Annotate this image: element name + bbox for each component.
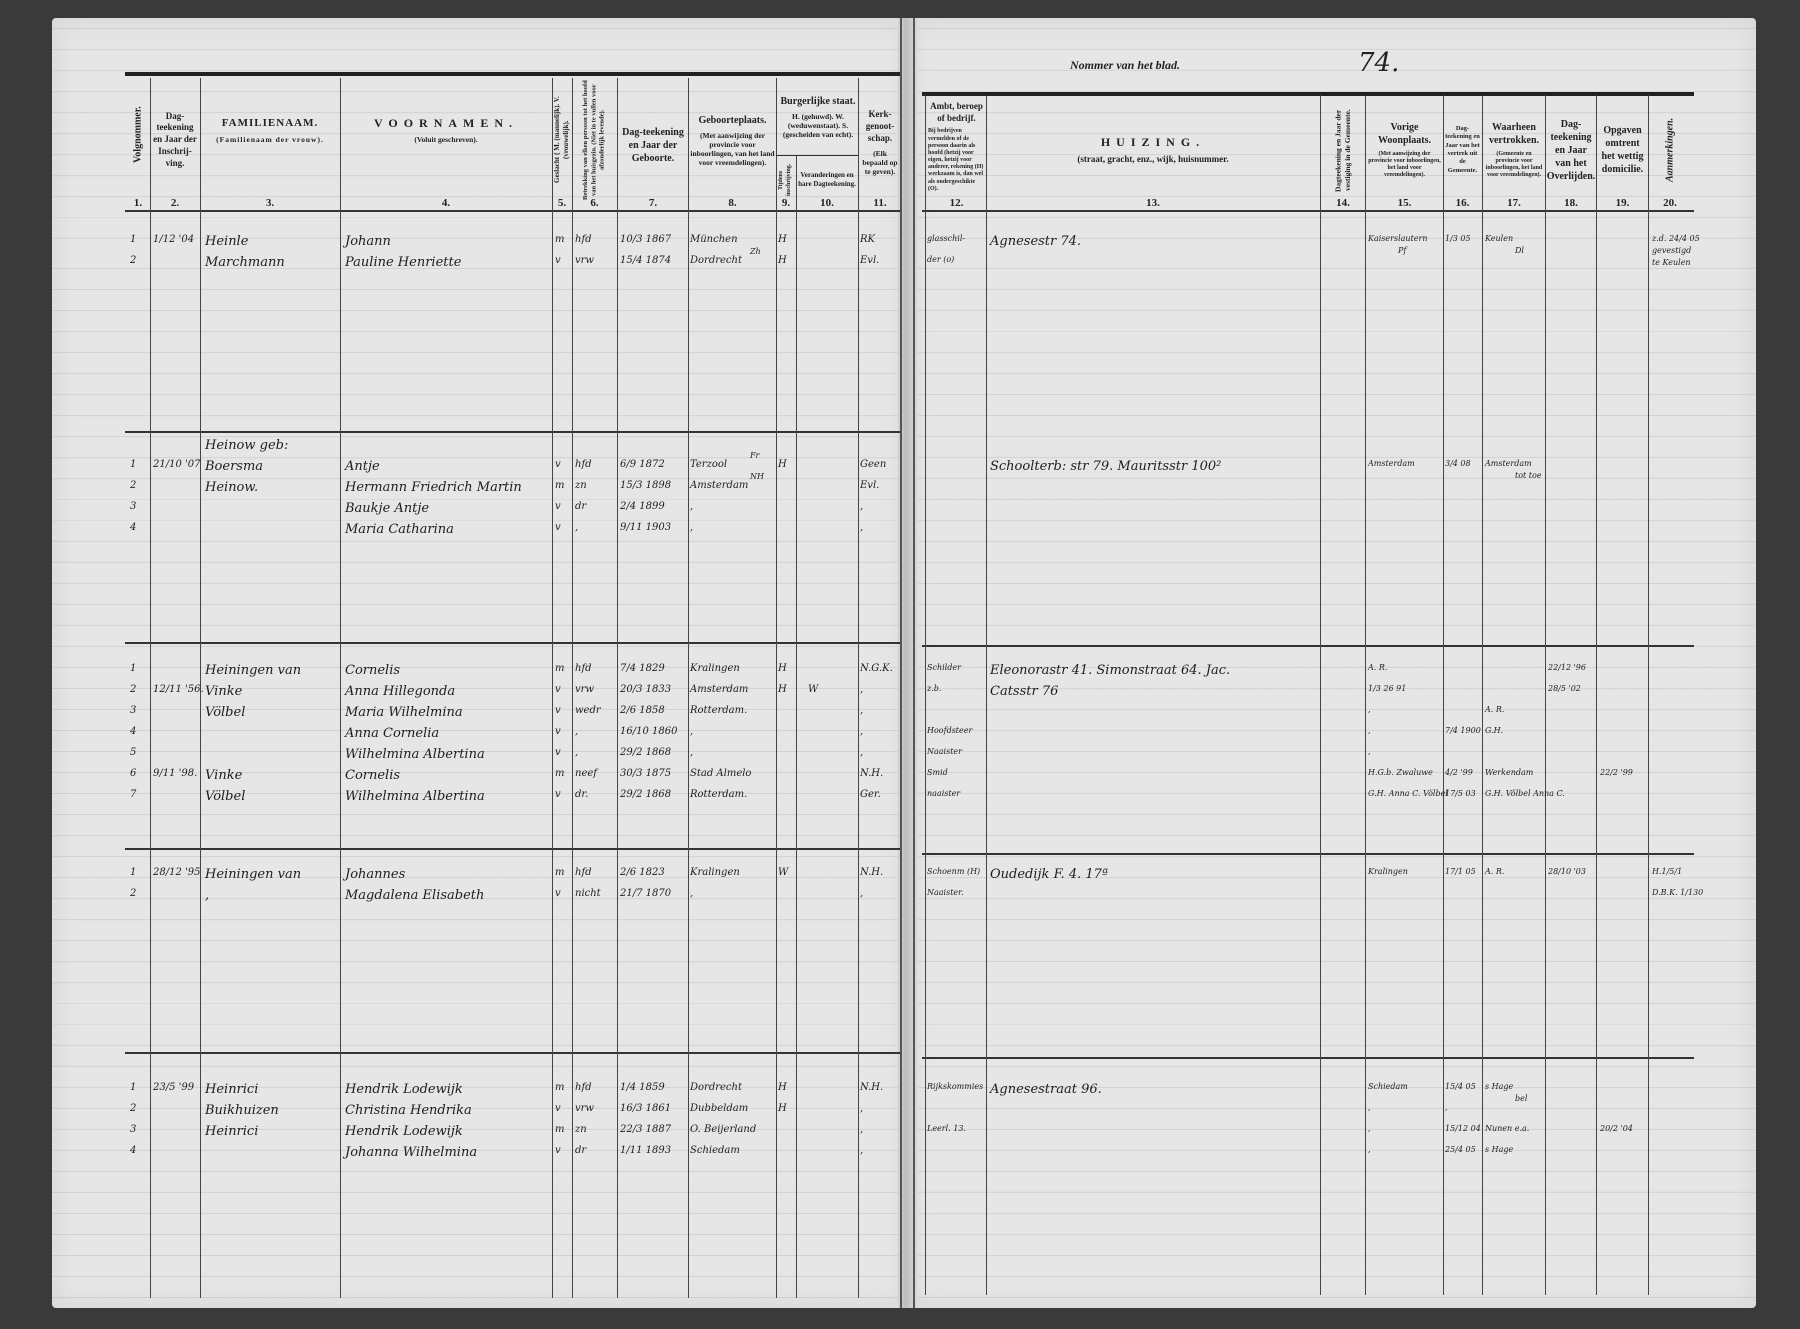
- burgerlijke-verandering: W: [808, 685, 818, 695]
- geboorteplaats: ,: [690, 502, 693, 512]
- volgnommer: 7: [130, 790, 136, 800]
- colnum-5: 5.: [553, 197, 571, 209]
- familienaam: Heinle: [205, 235, 248, 248]
- familienaam: Buikhuizen: [205, 1104, 279, 1117]
- voornamen: Maria Wilhelmina: [345, 706, 463, 719]
- burgerlijke-staat: H: [778, 664, 787, 674]
- geboorte-date: 2/6 1858: [620, 706, 665, 716]
- waarheen: A. R.: [1485, 868, 1504, 876]
- geboorteplaats: O. Beijerland: [690, 1125, 756, 1135]
- vorige-woonplaats: Kaiserslautern: [1368, 235, 1427, 243]
- header-kerkgenootschap: Kerk-genoot-schap. (Elk bepaald op te ge…: [860, 85, 900, 200]
- colnum-14: 14.: [1322, 197, 1364, 209]
- vorige-woonplaats-note: Pf: [1398, 247, 1406, 255]
- waarheen: Nunen e.a.: [1485, 1125, 1529, 1133]
- colnum-13: 13.: [988, 197, 1318, 209]
- colnum-3: 3.: [202, 197, 338, 209]
- voornamen: Johannes: [345, 868, 405, 881]
- volgnommer: 4: [130, 727, 136, 737]
- geboorteplaats: Dordrecht: [690, 256, 742, 266]
- kerkgenootschap: ,: [860, 502, 863, 512]
- geslacht: v: [555, 706, 561, 716]
- geboorte-date: 30/3 1875: [620, 769, 671, 779]
- waarheen-note: bel: [1515, 1095, 1527, 1103]
- voornamen: Anna Hillegonda: [345, 685, 455, 698]
- voornamen: Christina Hendrika: [345, 1104, 472, 1117]
- volgnommer: 2: [130, 685, 136, 695]
- voornamen: Hermann Friedrich Martin: [345, 481, 522, 494]
- geboorteplaats: Stad Almelo: [690, 769, 751, 779]
- vorige-woonplaats: G.H. Anna C. Völbel: [1368, 790, 1448, 798]
- geslacht: m: [555, 481, 564, 491]
- header-geslacht: Geslacht { M. (mannelijk). V. (vrouwelij…: [553, 80, 571, 200]
- burgerlijke-staat: H: [778, 460, 787, 470]
- kerkgenootschap: ,: [860, 727, 863, 737]
- waarheen: s Hage: [1485, 1146, 1513, 1154]
- voornamen: Antje: [345, 460, 380, 473]
- geslacht: v: [555, 685, 561, 695]
- burgerlijke-staat: W: [778, 868, 788, 878]
- header-inschrijving: Dag-teekening en Jaar der Inschrij-ving.: [151, 80, 199, 200]
- familienaam: Völbel: [205, 706, 245, 719]
- header-beroep: Ambt, beroep of bedrijf. Bij bedrijven v…: [928, 92, 985, 202]
- geslacht: m: [555, 1083, 564, 1093]
- vertrek-date: 17/1 05: [1445, 868, 1476, 876]
- header-domicilie: Opgaven omtrent het wettig domicilie.: [1598, 100, 1647, 200]
- huizing: Oudedijk F. 4. 17ª: [990, 868, 1108, 881]
- waarheen: G.H. Völbel Anna C.: [1485, 790, 1565, 798]
- kerkgenootschap: N.H.: [860, 769, 883, 779]
- header-familienaam: FAMILIENAAM. (Familienaam der vrouw).: [202, 100, 338, 160]
- kerkgenootschap: Evl.: [860, 256, 879, 266]
- header-geboorteplaats: Geboorteplaats. (Met aanwijzing der prov…: [690, 90, 775, 190]
- betrekking: vrw: [575, 685, 594, 695]
- waarheen: G.H.: [1485, 727, 1503, 735]
- voornamen: Wilhelmina Albertina: [345, 748, 485, 761]
- geboorte-date: 16/3 1861: [620, 1104, 671, 1114]
- colnum-6: 6.: [573, 197, 616, 209]
- geslacht: v: [555, 502, 561, 512]
- kerkgenootschap: ,: [860, 1146, 863, 1156]
- burgerlijke-staat: H: [778, 685, 787, 695]
- geboorteplaats: Dubbeldam: [690, 1104, 748, 1114]
- geslacht: m: [555, 769, 564, 779]
- voornamen: Cornelis: [345, 664, 400, 677]
- huizing: Schoolterb: str 79. Mauritsstr 100²: [990, 460, 1221, 473]
- voornamen: Anna Cornelia: [345, 727, 439, 740]
- aanmerking: te Keulen: [1652, 259, 1691, 267]
- aanmerking: D.B.K. 1/130: [1652, 889, 1703, 897]
- inschrijving-date: 21/10 '07: [153, 460, 200, 470]
- geslacht: v: [555, 523, 561, 533]
- colnum-10: 10.: [798, 197, 856, 209]
- geboorte-date: 9/11 1903: [620, 523, 671, 533]
- header-burgerlijke-staat: Burgerlijke staat. H. (gehuwd). W. (wedu…: [778, 80, 858, 154]
- familienaam: Heiningen van: [205, 868, 301, 881]
- geboorteplaats: Schiedam: [690, 1146, 740, 1156]
- huizing: Catsstr 76: [990, 685, 1058, 698]
- huizing: Agnesestr 74.: [990, 235, 1081, 248]
- volgnommer: 3: [130, 1125, 136, 1135]
- header-aanmerkingen: Aanmerkingen.: [1650, 100, 1690, 200]
- overlijden-date: 28/10 '03: [1548, 868, 1586, 876]
- geboorte-date: 16/10 1860: [620, 727, 677, 737]
- volgnommer: 4: [130, 1146, 136, 1156]
- colnum-12: 12.: [928, 197, 985, 209]
- betrekking: zn: [575, 1125, 587, 1135]
- colnum-4: 4.: [342, 197, 550, 209]
- betrekking: ,: [575, 748, 578, 758]
- colnum-9: 9.: [777, 197, 795, 209]
- betrekking: vrw: [575, 256, 594, 266]
- familienaam: Heinow geb:: [205, 439, 288, 452]
- geslacht: v: [555, 727, 561, 737]
- burgerlijke-staat: H: [778, 1104, 787, 1114]
- inschrijving-date: 1/12 '04: [153, 235, 194, 245]
- vertrek-date: 1/3 05: [1445, 235, 1471, 243]
- vertrek-date: 17/5 03: [1445, 790, 1476, 798]
- colnum-11: 11.: [860, 197, 900, 209]
- vertrek-date: 4/2 '99: [1445, 769, 1473, 777]
- vorige-woonplaats: ,: [1368, 1125, 1371, 1133]
- familienaam: ,: [205, 889, 209, 902]
- vorige-woonplaats: ,: [1368, 727, 1371, 735]
- inschrijving-date: 28/12 '95: [153, 868, 200, 878]
- geslacht: v: [555, 460, 561, 470]
- waarheen-note: Dl: [1515, 247, 1524, 255]
- geboorte-date: 15/4 1874: [620, 256, 671, 266]
- geboorte-date: 7/4 1829: [620, 664, 665, 674]
- geboorteplaats: ,: [690, 748, 693, 758]
- betrekking: dr.: [575, 790, 588, 800]
- vorige-woonplaats: 1/3 26 91: [1368, 685, 1406, 693]
- header-tijdens-inschrijving: Tijdens inschrijving.: [777, 158, 795, 202]
- geboorteplaats: Amsterdam: [690, 481, 748, 491]
- geboorteplaats: Rotterdam.: [690, 790, 747, 800]
- beroep: naaister: [927, 790, 960, 798]
- colnum-1: 1.: [128, 197, 148, 209]
- beroep: Schilder: [927, 664, 961, 672]
- kerkgenootschap: ,: [860, 685, 863, 695]
- geboorteplaats-note: Zh: [750, 248, 761, 256]
- overlijden-date: 22/12 '96: [1548, 664, 1586, 672]
- geboorteplaats: Kralingen: [690, 664, 740, 674]
- volgnommer: 5: [130, 748, 136, 758]
- vorige-woonplaats: ,: [1368, 1146, 1371, 1154]
- betrekking: wedr: [575, 706, 601, 716]
- geboorteplaats-note: Fr: [750, 452, 759, 460]
- voornamen: Pauline Henriette: [345, 256, 461, 269]
- inschrijving-date: 9/11 '98.: [153, 769, 197, 779]
- volgnommer: 1: [130, 460, 136, 470]
- colnum-20: 20.: [1650, 197, 1690, 209]
- volgnommer: 1: [130, 1083, 136, 1093]
- aanmerking: 22/2 '99: [1600, 769, 1633, 777]
- betrekking: dr: [575, 502, 586, 512]
- colnum-16: 16.: [1444, 197, 1481, 209]
- geboorteplaats: Rotterdam.: [690, 706, 747, 716]
- geslacht: m: [555, 235, 564, 245]
- header-huizing: HUIZING. (straat, gracht, enz., wijk, hu…: [988, 110, 1318, 190]
- voornamen: Baukje Antje: [345, 502, 429, 515]
- burgerlijke-staat: H: [778, 1083, 787, 1093]
- kerkgenootschap: Evl.: [860, 481, 879, 491]
- beroep: glasschil-: [927, 235, 965, 243]
- beroep: der (o): [927, 256, 954, 264]
- voornamen: Hendrik Lodewijk: [345, 1125, 463, 1138]
- voornamen: Magdalena Elisabeth: [345, 889, 484, 902]
- waarheen: A. R.: [1485, 706, 1504, 714]
- geboorteplaats: Dordrecht: [690, 1083, 742, 1093]
- vertrek-date: ,: [1445, 1104, 1448, 1112]
- volgnommer: 2: [130, 256, 136, 266]
- voornamen: Maria Catharina: [345, 523, 454, 536]
- beroep: Hoofdsteer: [927, 727, 972, 735]
- kerkgenootschap: ,: [860, 523, 863, 533]
- familienaam: Völbel: [205, 790, 245, 803]
- geboorteplaats: ,: [690, 523, 693, 533]
- beroep: Rijkskommies: [927, 1083, 983, 1091]
- familienaam: Heinow.: [205, 481, 258, 494]
- burgerlijke-staat: H: [778, 256, 787, 266]
- geboorteplaats: München: [690, 235, 738, 245]
- geboorte-date: 21/7 1870: [620, 889, 671, 899]
- geslacht: m: [555, 868, 564, 878]
- volgnommer: 2: [130, 1104, 136, 1114]
- geboorteplaats: ,: [690, 889, 693, 899]
- vertrek-date: 15/4 05: [1445, 1083, 1476, 1091]
- header-vertrek: Dag-teekening en Jaar van het vertrek ui…: [1444, 100, 1481, 200]
- volgnommer: 4: [130, 523, 136, 533]
- waarheen: Werkendam: [1485, 769, 1533, 777]
- vertrek-date: 3/4 08: [1445, 460, 1471, 468]
- inschrijving-date: 12/11 '56.: [153, 685, 204, 695]
- colnum-19: 19.: [1598, 197, 1647, 209]
- betrekking: vrw: [575, 1104, 594, 1114]
- kerkgenootschap: ,: [860, 748, 863, 758]
- betrekking: hfd: [575, 664, 592, 674]
- familienaam: Vinke: [205, 685, 242, 698]
- colnum-18: 18.: [1547, 197, 1595, 209]
- geslacht: v: [555, 748, 561, 758]
- vorige-woonplaats: ,: [1368, 748, 1371, 756]
- geslacht: v: [555, 1104, 561, 1114]
- geslacht: v: [555, 256, 561, 266]
- header-veranderingen: Veranderingen en hare Dagteekening.: [798, 158, 856, 202]
- betrekking: nicht: [575, 889, 601, 899]
- geslacht: v: [555, 790, 561, 800]
- geboorteplaats: Amsterdam: [690, 685, 748, 695]
- betrekking: neef: [575, 769, 597, 779]
- familienaam: Vinke: [205, 769, 242, 782]
- aanmerking: z.d. 24/4 05: [1652, 235, 1700, 243]
- sheet-number: 74.: [1358, 48, 1399, 78]
- voornamen: Hendrik Lodewijk: [345, 1083, 463, 1096]
- beroep: Schoenm (H): [927, 868, 980, 876]
- aanmerking: gevestigd: [1652, 247, 1691, 255]
- header-geboorte: Dag-teekening en Jaar der Geboorte.: [619, 90, 687, 200]
- betrekking: dr: [575, 1146, 586, 1156]
- kerkgenootschap: N.G.K.: [860, 664, 893, 674]
- geslacht: m: [555, 1125, 564, 1135]
- familienaam: Heinrici: [205, 1125, 258, 1138]
- betrekking: hfd: [575, 868, 592, 878]
- aanmerking: H.1/5/1: [1652, 868, 1682, 876]
- vertrek-date: 25/4 05: [1445, 1146, 1476, 1154]
- kerkgenootschap: N.H.: [860, 868, 883, 878]
- vertrek-date: 15/12 04: [1445, 1125, 1481, 1133]
- familienaam: Boersma: [205, 460, 263, 473]
- inschrijving-date: 23/5 '99: [153, 1083, 194, 1093]
- geslacht: m: [555, 664, 564, 674]
- colnum-15: 15.: [1367, 197, 1442, 209]
- geboorteplaats: Terzool: [690, 460, 727, 470]
- waarheen: Keulen: [1485, 235, 1513, 243]
- kerkgenootschap: ,: [860, 1125, 863, 1135]
- beroep: Leerl. 13.: [927, 1125, 966, 1133]
- vorige-woonplaats: ,: [1368, 706, 1371, 714]
- geboorte-date: 29/2 1868: [620, 790, 671, 800]
- header-betrekking: Betrekking van elken persoon tot het hoo…: [573, 80, 616, 200]
- huizing: Agnesestraat 96.: [990, 1083, 1102, 1096]
- geboorteplaats: Kralingen: [690, 868, 740, 878]
- beroep: Naaister: [927, 748, 962, 756]
- geslacht: v: [555, 1146, 561, 1156]
- betrekking: hfd: [575, 1083, 592, 1093]
- familienaam: Heiningen van: [205, 664, 301, 677]
- betrekking: hfd: [575, 460, 592, 470]
- kerkgenootschap: ,: [860, 889, 863, 899]
- vorige-woonplaats: Amsterdam: [1368, 460, 1415, 468]
- colnum-2: 2.: [152, 197, 198, 209]
- geboorte-date: 2/6 1823: [620, 868, 665, 878]
- volgnommer: 1: [130, 235, 136, 245]
- voornamen: Cornelis: [345, 769, 400, 782]
- vorige-woonplaats: A. R.: [1368, 664, 1387, 672]
- voornamen: Johann: [345, 235, 391, 248]
- kerkgenootschap: Geen: [860, 460, 886, 470]
- voornamen: Wilhelmina Albertina: [345, 790, 485, 803]
- volgnommer: 3: [130, 502, 136, 512]
- colnum-8: 8.: [690, 197, 775, 209]
- waarheen: Amsterdam: [1485, 460, 1532, 468]
- aanmerking: 20/2 '04: [1600, 1125, 1633, 1133]
- familienaam: Heinrici: [205, 1083, 258, 1096]
- header-vestiging: Dagteekening en Jaar der vestiging in de…: [1322, 98, 1364, 203]
- beroep: z.b.: [927, 685, 941, 693]
- geboorte-date: 22/3 1887: [620, 1125, 671, 1135]
- geslacht: v: [555, 889, 561, 899]
- betrekking: ,: [575, 523, 578, 533]
- betrekking: ,: [575, 727, 578, 737]
- voornamen: Johanna Wilhelmina: [345, 1146, 477, 1159]
- vertrek-date: 7/4 1900: [1445, 727, 1481, 735]
- kerkgenootschap: ,: [860, 706, 863, 716]
- volgnommer: 2: [130, 889, 136, 899]
- header-volgnommer: Volgnommer.: [127, 80, 149, 190]
- book-gutter: [898, 18, 918, 1308]
- kerkgenootschap: Ger.: [860, 790, 881, 800]
- waarheen: s Hage: [1485, 1083, 1513, 1091]
- kerkgenootschap: RK: [860, 235, 875, 245]
- geboorte-date: 10/3 1867: [620, 235, 671, 245]
- geboorte-date: 2/4 1899: [620, 502, 665, 512]
- geboorte-date: 1/4 1859: [620, 1083, 665, 1093]
- vorige-woonplaats: Kralingen: [1368, 868, 1408, 876]
- geboorte-date: 15/3 1898: [620, 481, 671, 491]
- kerkgenootschap: ,: [860, 1104, 863, 1114]
- header-voornamen: VOORNAMEN. (Voluit geschreven).: [342, 100, 550, 160]
- overlijden-date: 28/5 '02: [1548, 685, 1581, 693]
- vorige-woonplaats: Schiedam: [1368, 1083, 1408, 1091]
- huizing: Eleonorastr 41. Simonstraat 64. Jac.: [990, 664, 1230, 677]
- vorige-woonplaats: H.G.b. Zwaluwe: [1368, 769, 1433, 777]
- volgnommer: 3: [130, 706, 136, 716]
- beroep: Naaister.: [927, 889, 964, 897]
- familienaam: Marchmann: [205, 256, 285, 269]
- colnum-17: 17.: [1484, 197, 1544, 209]
- header-waarheen: Waarheen vertrokken. (Gemeente en provin…: [1484, 100, 1544, 200]
- kerkgenootschap: N.H.: [860, 1083, 883, 1093]
- waarheen-note: tot toe: [1515, 472, 1542, 480]
- vorige-woonplaats: ,: [1368, 1104, 1371, 1112]
- geboorte-date: 29/2 1868: [620, 748, 671, 758]
- volgnommer: 2: [130, 481, 136, 491]
- volgnommer: 1: [130, 868, 136, 878]
- volgnommer: 1: [130, 664, 136, 674]
- geboorte-date: 6/9 1872: [620, 460, 665, 470]
- header-overlijden: Dag-teekening en Jaar van het Overlijden…: [1547, 100, 1595, 200]
- geboorte-date: 20/3 1833: [620, 685, 671, 695]
- betrekking: hfd: [575, 235, 592, 245]
- geboorteplaats: ,: [690, 727, 693, 737]
- volgnommer: 6: [130, 769, 136, 779]
- colnum-7: 7.: [619, 197, 687, 209]
- header-vorige-woonplaats: Vorige Woonplaats. (Met aanwijzing der p…: [1367, 100, 1442, 200]
- betrekking: zn: [575, 481, 587, 491]
- geboorte-date: 1/11 1893: [620, 1146, 671, 1156]
- geboorteplaats-note: NH: [750, 473, 764, 481]
- burgerlijke-staat: H: [778, 235, 787, 245]
- beroep: Smid: [927, 769, 948, 777]
- sheet-number-label: Nommer van het blad.: [1070, 58, 1180, 73]
